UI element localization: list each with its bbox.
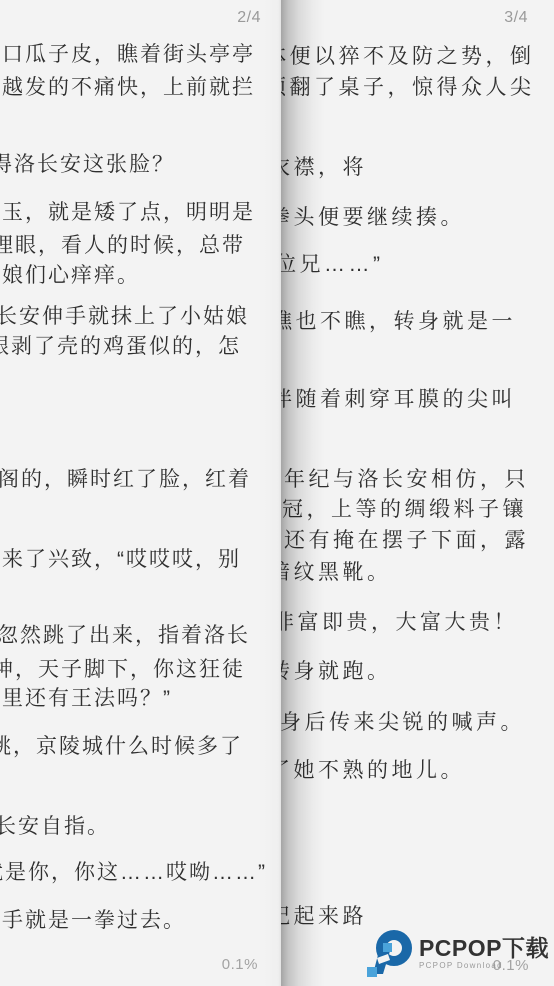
text-line: 瞧也不瞧，转身就是一	[281, 307, 516, 337]
text-line: 来了兴致，“哎哎哎，别	[2, 545, 241, 575]
text-line: 理眼，看人的时候，总带	[0, 231, 245, 261]
text-line: 口瓜子皮，瞧着街头亭亭	[2, 40, 255, 70]
text-line: 还有掩在摆子下面，露	[284, 526, 529, 556]
text-line: 手就是一拳过去。	[2, 906, 186, 936]
page-indicator-left: 2/4	[237, 9, 261, 27]
text-line: 非富即贵，大富大贵！	[281, 608, 518, 638]
right-page[interactable]: 3/4 体便以猝不及防之势，倒 顶翻了桌子，惊得众人尖 衣襟，将 拳头便要继续揍…	[281, 0, 554, 986]
text-line: 得洛长安这张脸？	[0, 150, 175, 180]
text-line: 越发的不痛快，上前就拦	[2, 73, 255, 103]
watermark-title: PCPOP下载	[419, 936, 549, 960]
text-line: 身后传来尖锐的喊声。	[281, 708, 525, 738]
text-line: 神，天子脚下，你这狂徒	[0, 655, 245, 685]
text-line: 忽然跳了出来，指着洛长	[0, 621, 250, 651]
text-line: 伴随着刺穿耳膜的尖叫	[281, 385, 516, 415]
pcpop-p-logo-icon	[366, 929, 413, 978]
pcpop-watermark: PCPOP下载 PCPOP Download	[366, 929, 549, 978]
left-page[interactable]: 2/4 口瓜子皮，瞧着街头亭亭 越发的不痛快，上前就拦 得洛长安这张脸？ 玉，就…	[0, 0, 281, 986]
text-line: 转身就跑。	[281, 657, 392, 687]
text-line: 跳，京陵城什么时候多了	[0, 732, 243, 762]
text-line: 暗纹黑靴。	[281, 558, 392, 588]
text-line: 长安伸手就抹上了小姑娘	[0, 302, 249, 332]
progress-percent-left: 0.1%	[222, 956, 258, 973]
text-line: 就是你，你这……哎呦……”	[0, 858, 267, 888]
text-line: 冠，上等的绸缎料子镶	[282, 495, 527, 525]
text-line: 衣襟，将	[281, 153, 367, 183]
text-line: 体便以猝不及防之势，倒	[281, 42, 535, 72]
text-line: 阁的，瞬时红了脸，红着	[0, 465, 251, 495]
page-indicator-right: 3/4	[504, 9, 528, 27]
watermark-subtitle: PCPOP Download	[419, 961, 549, 970]
text-line: 娘们心痒痒。	[2, 261, 140, 291]
text-line: 玉，就是矮了点，明明是	[2, 198, 255, 228]
text-line: 年纪与洛长安相仿，只	[284, 465, 529, 495]
text-line: 顶翻了桌子，惊得众人尖	[281, 73, 535, 103]
text-line: 长安自指。	[0, 812, 110, 842]
text-line: 了她不熟的地儿。	[281, 756, 465, 786]
reader-screen: 2/4 口瓜子皮，瞧着街头亭亭 越发的不痛快，上前就拦 得洛长安这张脸？ 玉，就…	[0, 0, 554, 986]
text-line: 位兄……”	[281, 250, 384, 280]
text-line: 拳头便要继续揍。	[281, 203, 465, 233]
text-line: 里还有王法吗？”	[2, 684, 172, 714]
text-line: 记起来路	[281, 902, 367, 932]
text-line: 跟剥了壳的鸡蛋似的，怎	[0, 332, 241, 362]
